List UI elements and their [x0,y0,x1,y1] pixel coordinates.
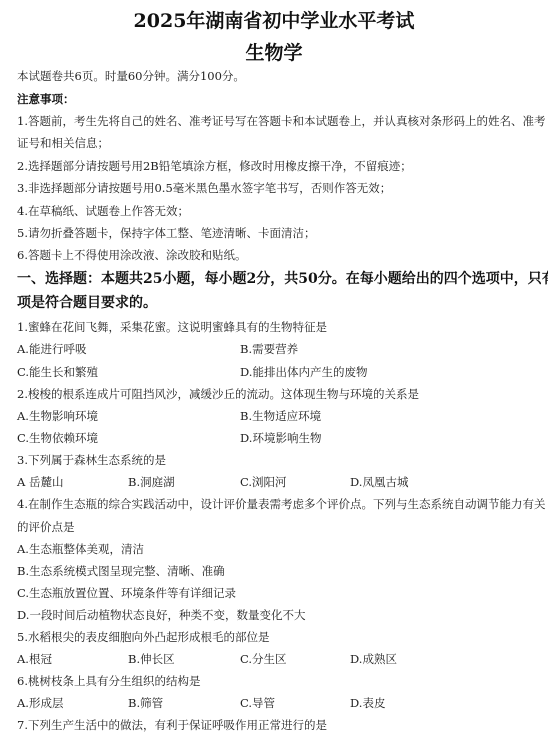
question-stem: 3.下列属于森林生态系统的是 [17,452,166,468]
option-c: C.浏阳河 [240,474,287,490]
option-b: B.洞庭湖 [128,474,175,490]
option-b: B.需要营养 [240,341,298,357]
option-c: C.生态瓶放置位置、环境条件等有详细记录 [17,585,236,601]
question-stem: 5.水稻根尖的表皮细胞向外凸起形成根毛的部位是 [17,629,269,645]
option-b: B.生物适应环境 [240,408,321,424]
question-stem: 6.桃树枝条上具有分生组织的结构是 [17,673,200,689]
option-a: A.能进行呼吸 [17,341,86,357]
question-stem: 2.梭梭的根系连成片可阻挡风沙，减缓沙丘的流动。这体现生物与环境的关系是 [17,386,419,402]
question-stem: 7.下列生产生活中的做法，有利于保证呼吸作用正常进行的是 [17,717,327,733]
option-a: A.根冠 [17,651,52,667]
option-b: B.筛管 [128,695,163,711]
option-d: D.能排出体内产生的废物 [240,364,367,380]
section-heading-cont: 项是符合题目要求的。 [17,293,157,313]
option-b: B.伸长区 [128,651,175,667]
option-d: D.表皮 [350,695,385,711]
option-a: A.生态瓶整体美观，清洁 [17,541,144,557]
option-c: C.分生区 [240,651,287,667]
notice-item: 2.选择题部分请按题号用2B铅笔填涂方框，修改时用橡皮擦干净，不留痕迹； [17,158,412,174]
exam-page: 2025年湖南省初中学业水平考试 生物学 本试题卷共6页。时量60分钟。满分10… [0,0,548,748]
question-stem: 1.蜜蜂在花间飞舞，采集花蜜。这说明蜜蜂具有的生物特征是 [17,319,327,335]
notice-item: 6.答题卡上不得使用涂改液、涂改胶和贴纸。 [17,247,246,263]
option-a: A.生物影响环境 [17,408,98,424]
option-c: C.能生长和繁殖 [17,364,98,380]
notice-item: 5.请勿折叠答题卡，保持字体工整、笔迹清晰、卡面清洁； [17,225,315,241]
option-b: B.生态系统模式图呈现完整、清晰、准确 [17,563,225,579]
option-c: C.导管 [240,695,275,711]
option-a: A 岳麓山 [17,474,63,490]
notice-item: 3.非选择题部分请按题号用0.5毫米黑色墨水签字笔书写，否则作答无效； [17,180,391,196]
subject-title: 生物学 [0,40,548,66]
notice-item: 1.答题前，考生先将自己的姓名、准考证号写在答题卡和本试题卷上，并认真核对条形码… [17,113,545,129]
notice-item: 证号和相关信息； [17,135,109,151]
option-d: D.凤凰古城 [350,474,408,490]
question-stem-cont: 的评价点是 [17,519,75,535]
exam-info: 本试题卷共6页。时量60分钟。满分100分。 [17,68,245,84]
option-d: D.一段时间后动植物状态良好，种类不变，数量变化不大 [17,607,305,623]
notice-item: 4.在草稿纸、试题卷上作答无效； [17,203,189,219]
option-d: D.成熟区 [350,651,397,667]
exam-title: 2025年湖南省初中学业水平考试 [0,8,548,34]
option-d: D.环境影响生物 [240,430,321,446]
option-c: C.生物依赖环境 [17,430,98,446]
question-stem: 4.在制作生态瓶的综合实践活动中，设计评价量表需考虑多个评价点。下列与生态系统自… [17,496,545,512]
option-a: A.形成层 [17,695,63,711]
section-heading: 一、选择题：本题共25小题，每小题2分，共50分。在每小题给出的四个选项中，只有… [17,269,548,289]
notice-heading: 注意事项： [17,91,75,107]
